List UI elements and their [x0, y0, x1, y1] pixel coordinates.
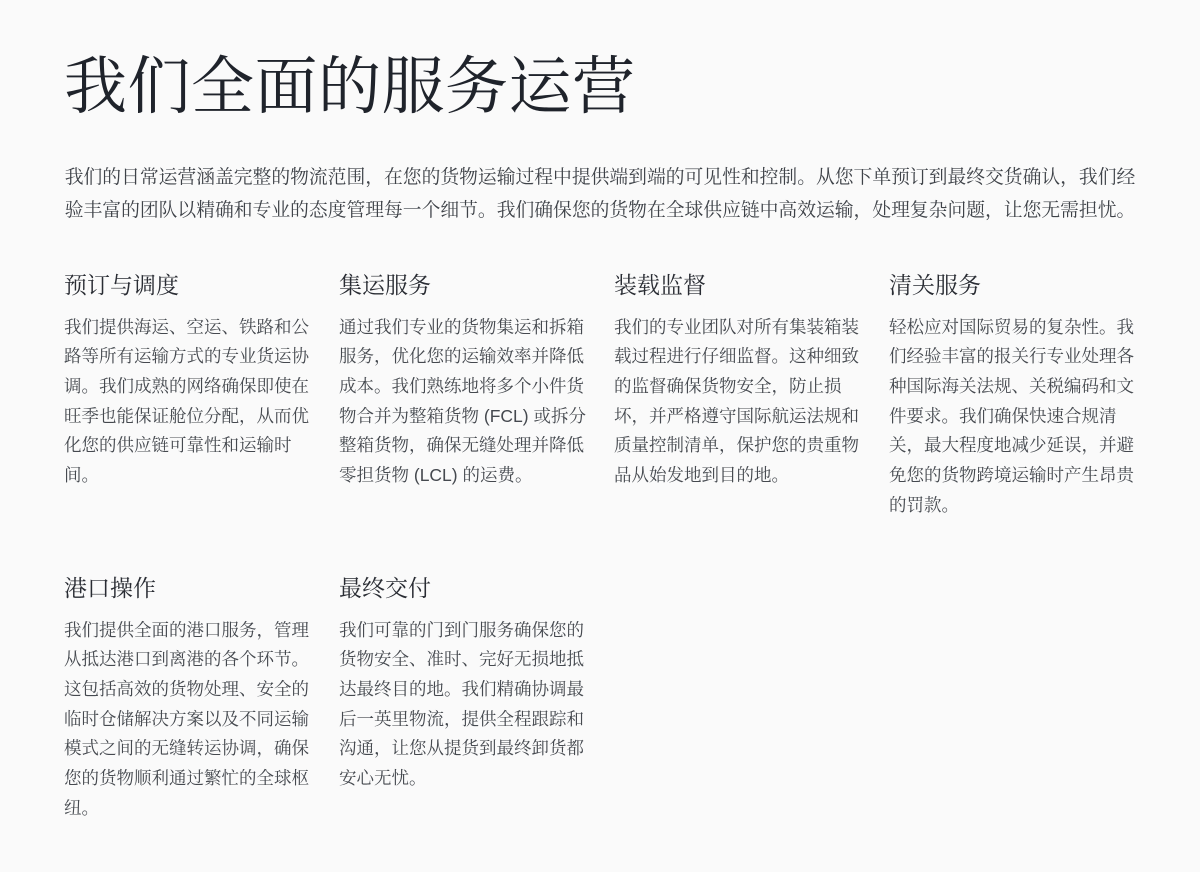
service-description: 我们提供全面的港口服务，管理从抵达港口到离港的各个环节。这包括高效的货物处理、安…	[64, 616, 311, 824]
service-description: 通过我们专业的货物集运和拆箱服务，优化您的运输效率并降低成本。我们熟练地将多个小…	[339, 313, 586, 491]
services-grid: 预订与调度 我们提供海运、空运、铁路和公路等所有运输方式的专业货运协调。我们成熟…	[64, 270, 1136, 824]
service-description: 我们的专业团队对所有集装箱装载过程进行仔细监督。这种细致的监督确保货物安全，防止…	[614, 313, 861, 491]
page-title: 我们全面的服务运营	[64, 50, 1136, 126]
service-description: 我们可靠的门到门服务确保您的货物安全、准时、完好无损地抵达最终目的地。我们精确协…	[339, 616, 586, 794]
service-title: 最终交付	[339, 573, 586, 604]
service-description: 我们提供海运、空运、铁路和公路等所有运输方式的专业货运协调。我们成熟的网络确保即…	[64, 313, 311, 491]
service-description: 轻松应对国际贸易的复杂性。我们经验丰富的报关行专业处理各种国际海关法规、关税编码…	[889, 313, 1136, 521]
service-card-port-operations: 港口操作 我们提供全面的港口服务，管理从抵达港口到离港的各个环节。这包括高效的货…	[64, 573, 311, 824]
service-title: 港口操作	[64, 573, 311, 604]
service-card-customs-clearance: 清关服务 轻松应对国际贸易的复杂性。我们经验丰富的报关行专业处理各种国际海关法规…	[889, 270, 1136, 521]
service-title: 预订与调度	[64, 270, 311, 301]
service-title: 清关服务	[889, 270, 1136, 301]
service-card-booking: 预订与调度 我们提供海运、空运、铁路和公路等所有运输方式的专业货运协调。我们成熟…	[64, 270, 311, 521]
service-title: 集运服务	[339, 270, 586, 301]
section-intro-paragraph: 我们的日常运营涵盖完整的物流范围，在您的货物运输过程中提供端到端的可见性和控制。…	[64, 160, 1136, 226]
service-title: 装载监督	[614, 270, 861, 301]
service-card-consolidation: 集运服务 通过我们专业的货物集运和拆箱服务，优化您的运输效率并降低成本。我们熟练…	[339, 270, 586, 521]
service-card-final-delivery: 最终交付 我们可靠的门到门服务确保您的货物安全、准时、完好无损地抵达最终目的地。…	[339, 573, 586, 824]
services-section: 我们全面的服务运营 我们的日常运营涵盖完整的物流范围，在您的货物运输过程中提供端…	[0, 0, 1200, 872]
service-card-loading-supervision: 装载监督 我们的专业团队对所有集装箱装载过程进行仔细监督。这种细致的监督确保货物…	[614, 270, 861, 521]
